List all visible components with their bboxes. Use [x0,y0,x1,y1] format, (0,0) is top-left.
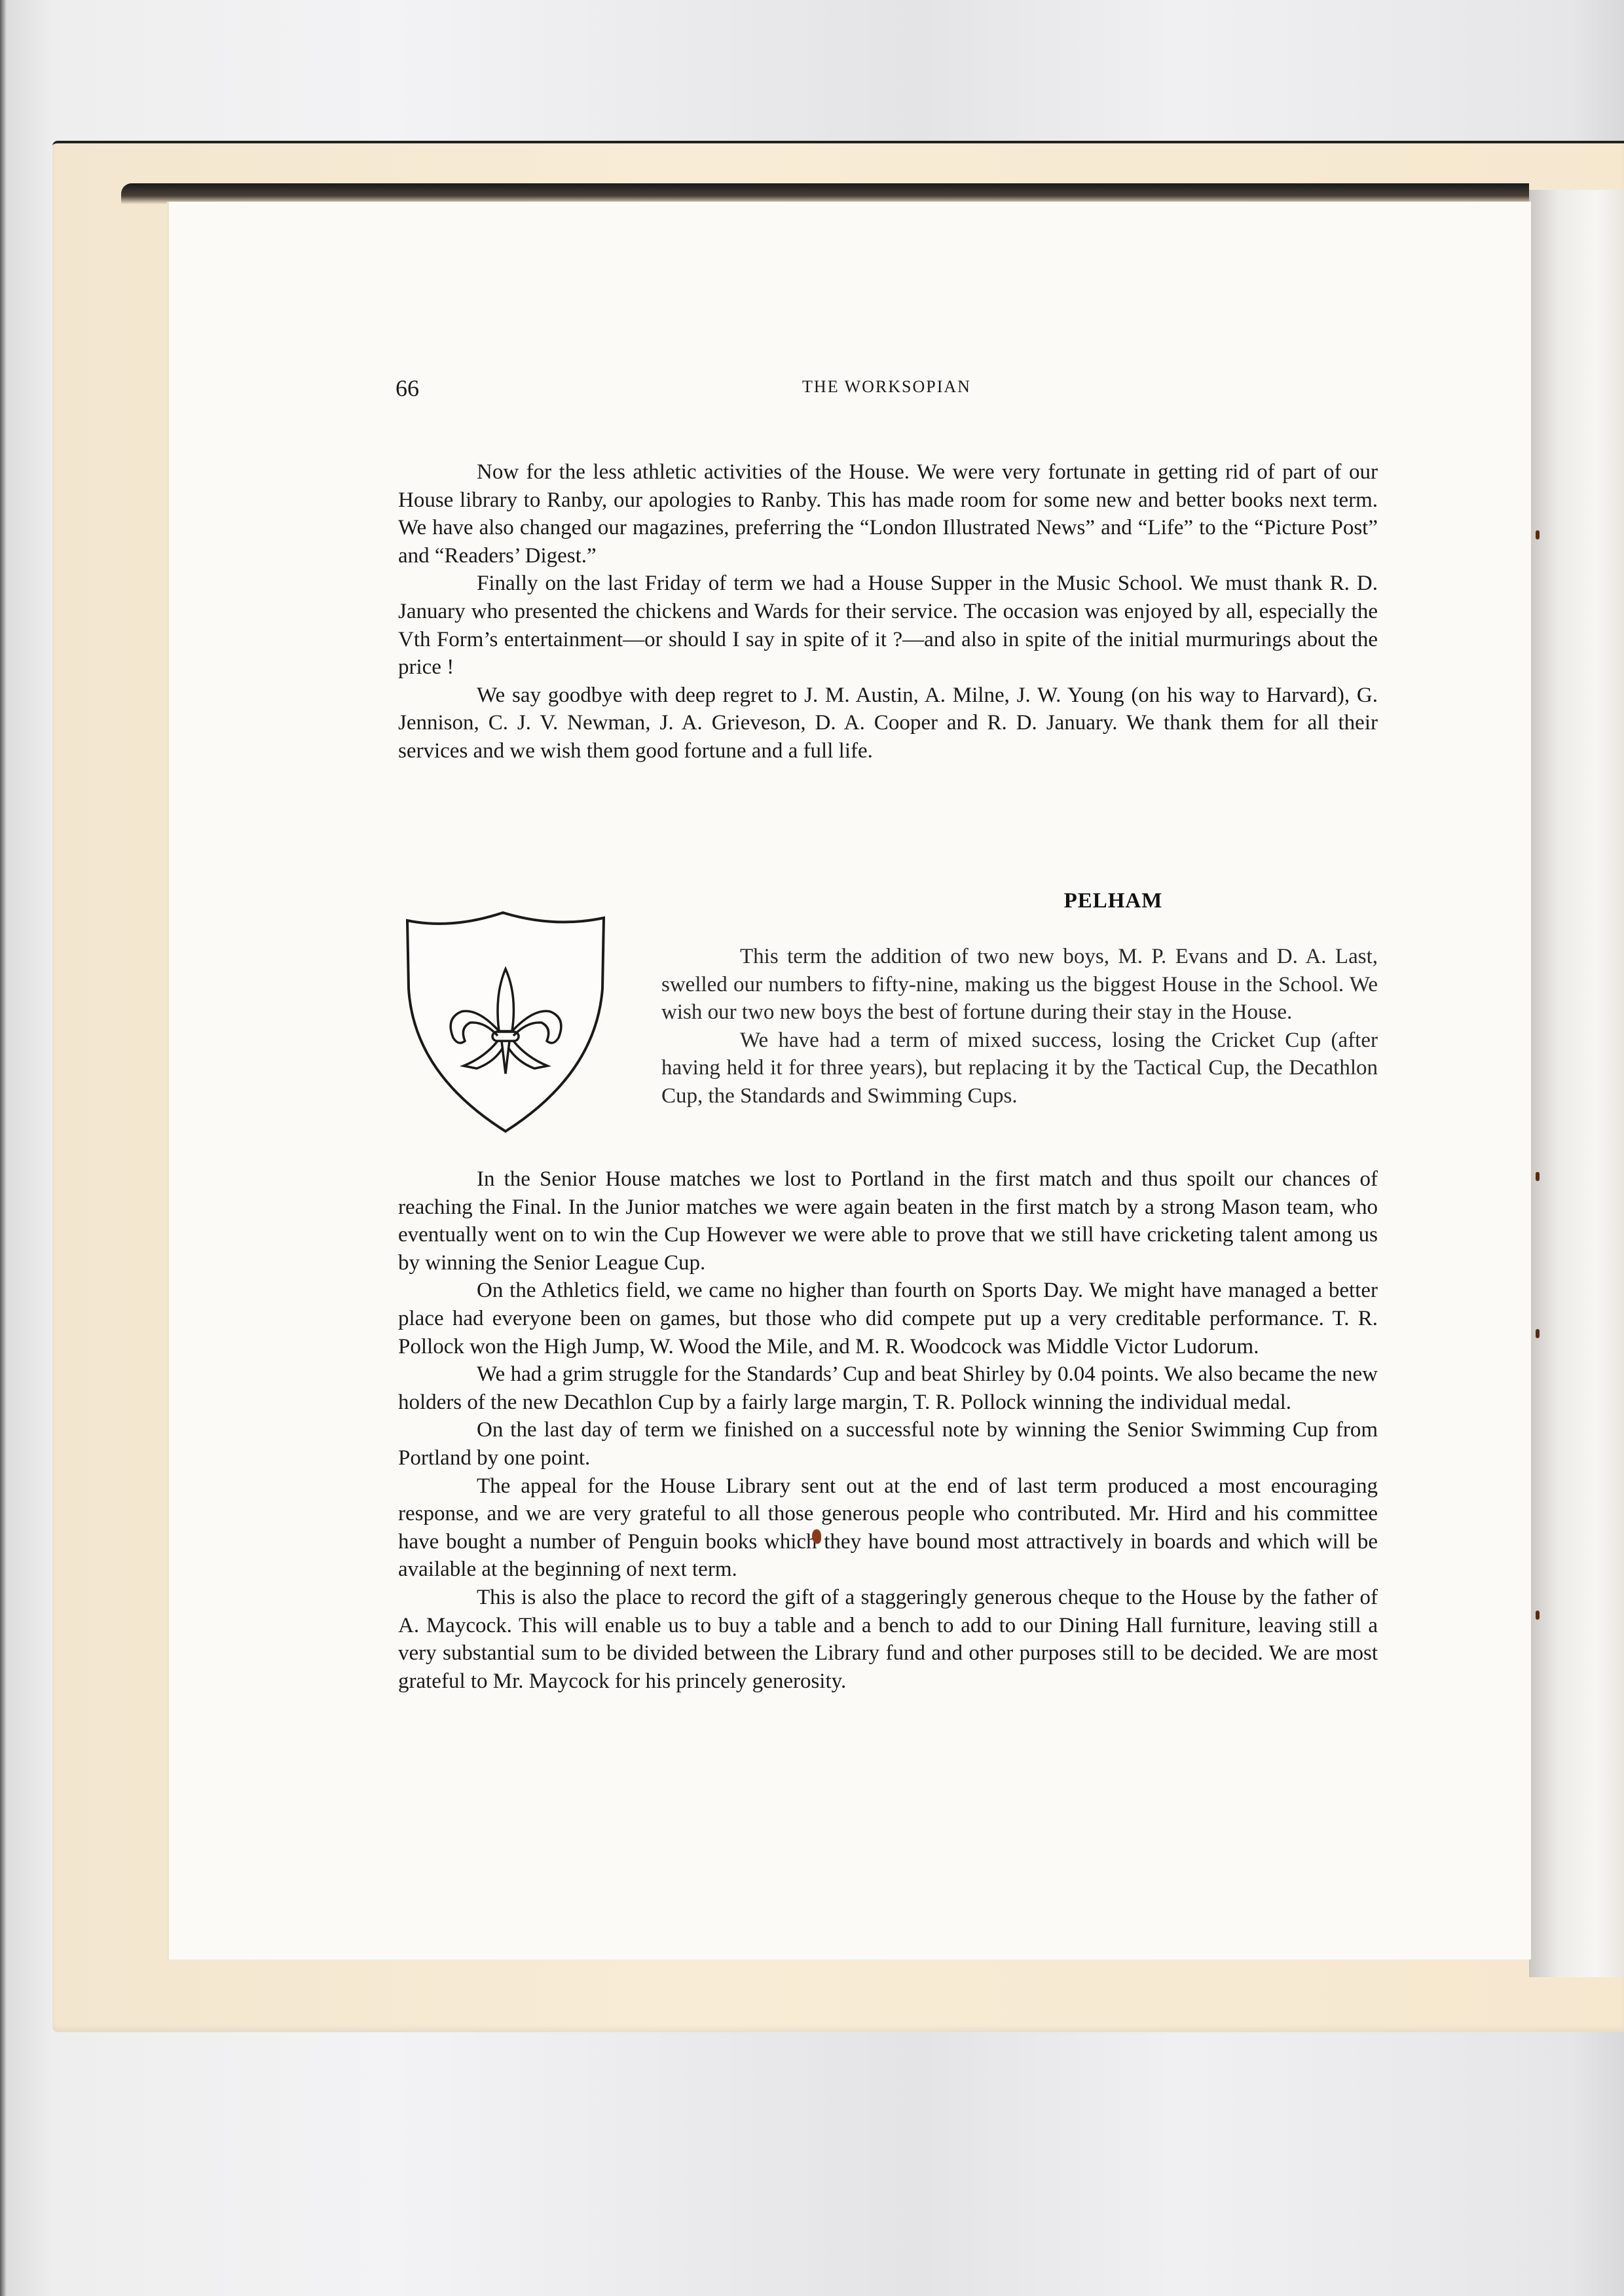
paragraph: We have had a term of mixed success, los… [661,1027,1378,1110]
paragraph: On the Athletics field, we came no highe… [398,1277,1378,1360]
paragraph: This term the addition of two new boys, … [661,943,1378,1027]
journal-title: THE WORKSOPIAN [396,377,1378,397]
paragraph: This is also the place to record the gif… [398,1584,1378,1695]
paragraph: In the Senior House matches we lost to P… [398,1165,1378,1277]
section-heading-pelham: PELHAM [851,889,1375,913]
spine-mark [1536,1329,1540,1338]
spine-mark [1536,1611,1540,1620]
paragraph: On the last day of term we finished on a… [398,1416,1378,1472]
spine-mark [1536,530,1540,539]
pelham-section-body: In the Senior House matches we lost to P… [398,1165,1378,1695]
paragraph: We had a grim struggle for the Standards… [398,1360,1378,1416]
previous-house-section: Now for the less athletic activities of … [398,458,1378,765]
paragraph: We say goodbye with deep regret to J. M.… [398,682,1378,765]
paragraph: Finally on the last Friday of term we ha… [398,570,1378,681]
paragraph: The appeal for the House Library sent ou… [398,1472,1378,1584]
spine-mark [1536,1172,1540,1181]
pelham-intro-wrapped: This term the addition of two new boys, … [661,943,1378,1110]
fleur-de-lis-shield-icon [399,910,616,1133]
book-spine [1529,190,1624,1977]
running-head: 66 THE WORKSOPIAN [396,374,1378,401]
paragraph: Now for the less athletic activities of … [398,458,1378,570]
ink-stain [812,1529,821,1544]
